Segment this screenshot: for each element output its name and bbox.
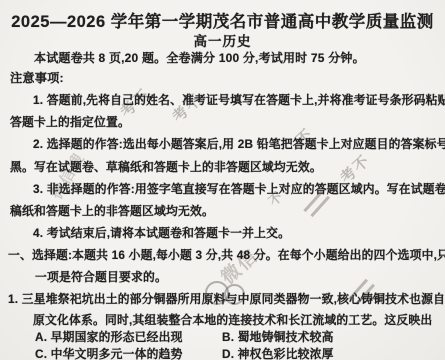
notice-3-line-2: 稿纸和答题卡上的非答题区域均无效。 (10, 202, 214, 219)
notice-3-line-1: 3. 非选择题的作答:用签字笔直接写在答题卡上对应的答题区域内。写在试题卷、草 (33, 180, 445, 197)
notice-2-line-1: 2. 选择题的作答:选出每小题答案后,用 2B 铅笔把答题卡上对应题目的答案标号… (33, 135, 445, 152)
question-1-option-a: A. 早期国家的形态已经出现 (35, 328, 183, 345)
page-title: 2025—2026 学年第一学期茂名市普通高中教学质量监测 (0, 8, 445, 32)
notice-heading: 注意事项: (10, 69, 64, 86)
section-1-heading-line-1: 一、选择题:本题共 16 小题,每小题 3 分,共 48 分。在每个小题给出的四… (8, 246, 445, 263)
exam-info: 本试题卷共 8 页,20 题。全卷满分 100 分,考试用时 75 分钟。 (34, 49, 365, 66)
notice-1-line-1: 1. 答题前,先将自己的姓名、准考证号填写在答题卡上,并将准考证号条形码粘贴在 (33, 91, 445, 108)
page-subtitle: 高一历史 (0, 30, 445, 50)
question-1-line-2: 原文化体系。同时,其组装整合本地的连接技术和长江流域的工艺。这反映出 (33, 311, 432, 328)
question-1-option-b: B. 蜀地铸铜技术较高 (222, 328, 334, 345)
question-1-line-1: 1. 三星堆祭祀坑出土的部分铜器所用原料与中原同类器物一致,核心铸铜技术也源自中 (8, 290, 445, 307)
question-1-option-d: D. 神权色彩比较浓厚 (222, 345, 334, 360)
notice-2-line-2: 黑。写在试题卷、草稿纸和答题卡上的非答题区域均无效。 (10, 158, 322, 175)
question-1-option-c: C. 中华文明多元一体的趋势 (35, 345, 183, 360)
notice-1-line-2: 答题卡上的指定位置。 (10, 113, 130, 130)
section-1-heading-line-2: 一项是符合题目要求的。 (35, 268, 167, 285)
watermark-hatch (310, 196, 329, 217)
notice-4: 4. 考试结束后,请将本试题卷和答题卡一并上交。 (33, 224, 290, 241)
exam-paper-scan: 考不 考不 不 考不 微信 微信搜 不 2025—2026 学年第一学期茂名市普… (0, 0, 445, 360)
